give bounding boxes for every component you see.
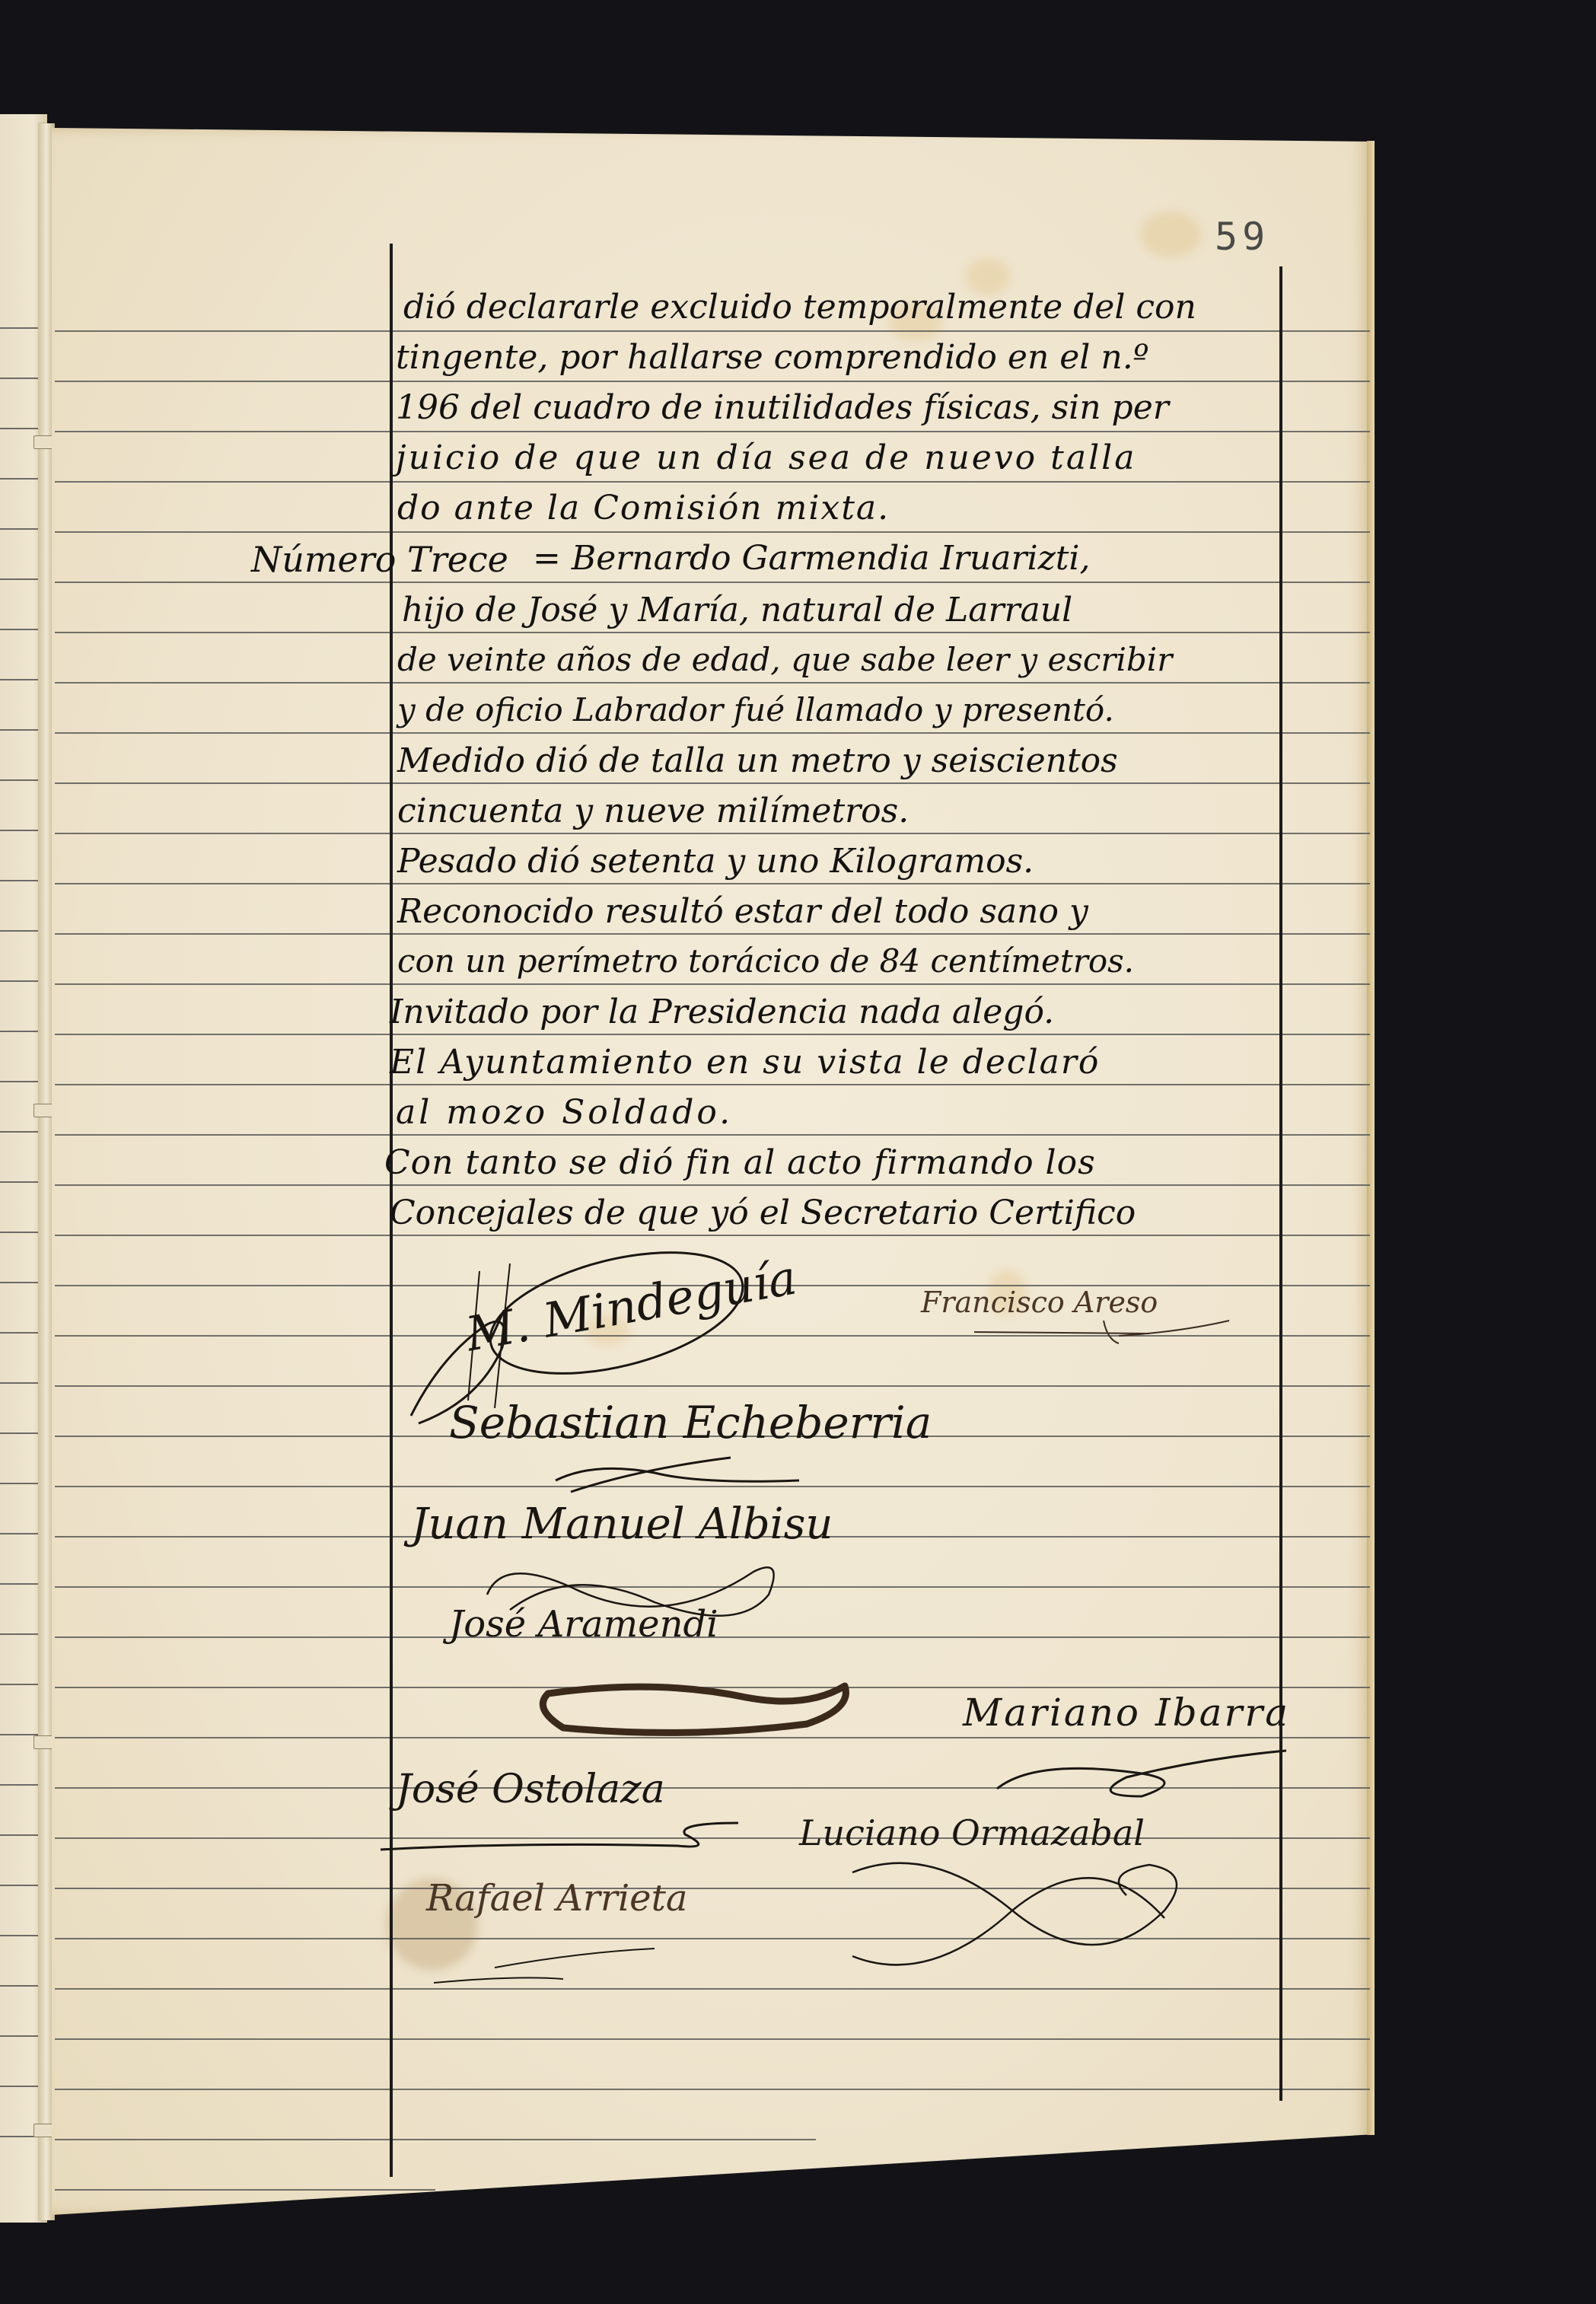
body-line: dió declararle excluido temporalmente de… [403,291,1196,324]
entry-line: de veinte años de edad, que sabe leer y … [397,644,1172,676]
signature-flourish [967,1317,1241,1347]
signature-flourish [426,1937,670,1990]
entry-line: con un perímetro torácico de 84 centímet… [397,945,1134,977]
signature-flourish [373,1819,799,1865]
page-edge [1367,141,1375,2135]
entry-line: Concejales de que yó el Secretario Certi… [390,1197,1136,1230]
entry-margin-heading: Número Trece [251,542,508,577]
right-margin-rule [1279,266,1282,2101]
body-line: tingente, por hallarse comprendido en el… [396,341,1148,374]
signature-flourish [548,1450,807,1496]
signature-flourish [533,1663,860,1747]
body-line: do ante la Comisión mixta. [397,492,890,525]
entry-line: al mozo Soldado. [396,1096,733,1130]
entry-line: Medido dió de talla un metro y seiscient… [397,744,1118,778]
body-line: juicio de que un día sea de nuevo talla [396,441,1136,475]
signature: José Ostolaza [396,1770,665,1809]
entry-line: y de oficio Labrador fué llamado y prese… [397,694,1114,726]
signature: Rafael Arrieta [426,1880,687,1917]
entry-line: Reconocido resultó estar del todo sano y [397,895,1088,929]
signature-flourish [837,1850,1203,1979]
entry-line: Pesado dió setenta y uno Kilogramos. [397,845,1034,878]
body-line: 196 del cuadro de inutilidades físicas, … [396,391,1169,425]
signature: José Aramendi [449,1606,718,1643]
signature: Francisco Areso [921,1288,1158,1317]
signature: Sebastian Echeberria [449,1401,932,1445]
entry-line: Con tanto se dió fin al acto firmando lo… [384,1146,1096,1180]
signature: Luciano Ormazabal [799,1815,1145,1850]
entry-line: = Bernardo Garmendia Iruarizti, [533,542,1091,575]
entry-line: hijo de José y María, natural de Larraul [402,594,1072,627]
entry-line: Invitado por la Presidencia nada alegó. [390,996,1054,1029]
signature: Mariano Ibarra [963,1694,1290,1732]
page-number: 59 [1215,215,1269,259]
signature: Juan Manuel Albisu [411,1503,833,1546]
entry-line: El Ayuntamiento en su vista le declaró [390,1046,1100,1079]
signature-flourish [989,1743,1294,1804]
entry-line: cincuenta y nueve milímetros. [397,795,909,828]
